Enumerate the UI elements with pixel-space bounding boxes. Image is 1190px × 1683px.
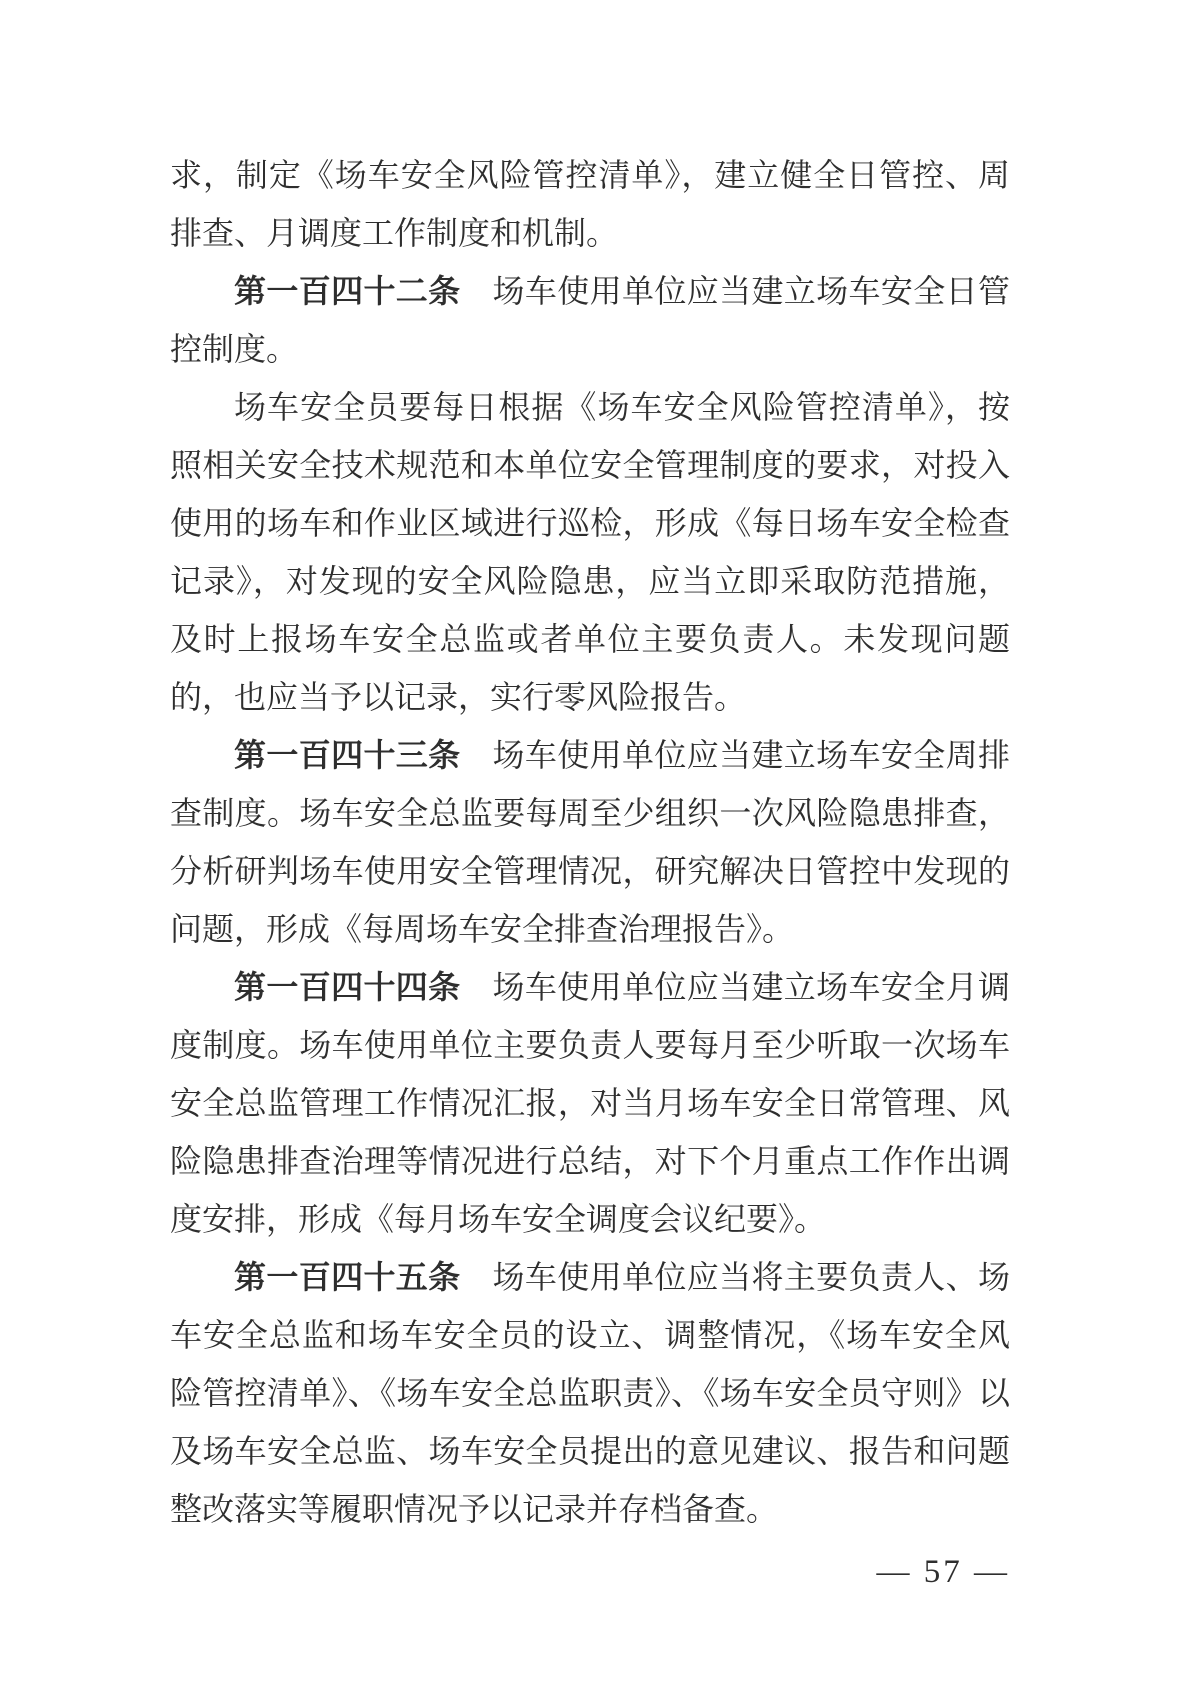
page-number: — 57 — bbox=[877, 1552, 1011, 1592]
article-145-paragraph: 第一百四十五条场车使用单位应当将主要负责人、场车安全总监和场车安全员的设立、调整… bbox=[170, 1248, 1010, 1538]
article-142-paragraph: 第一百四十二条场车使用单位应当建立场车安全日管控制度。 bbox=[170, 262, 1010, 378]
article-144-text: 场车使用单位应当建立场车安全月调度制度。场车使用单位主要负责人要每月至少听取一次… bbox=[170, 969, 1010, 1237]
paragraph-text: 场车安全员要每日根据《场车安全风险管控清单》，按照相关安全技术规范和本单位安全管… bbox=[170, 389, 1010, 715]
article-144-number: 第一百四十四条 bbox=[234, 969, 461, 1005]
article-145-text: 场车使用单位应当将主要负责人、场车安全总监和场车安全员的设立、调整情况，《场车安… bbox=[170, 1259, 1010, 1527]
document-page: 求，制定《场车安全风险管控清单》，建立健全日管控、周排查、月调度工作制度和机制。… bbox=[0, 0, 1190, 1683]
article-142-number: 第一百四十二条 bbox=[234, 273, 461, 309]
body-paragraph-daily-control: 场车安全员要每日根据《场车安全风险管控清单》，按照相关安全技术规范和本单位安全管… bbox=[170, 378, 1010, 726]
article-143-paragraph: 第一百四十三条场车使用单位应当建立场车安全周排查制度。场车安全总监要每周至少组织… bbox=[170, 726, 1010, 958]
text-block: 求，制定《场车安全风险管控清单》，建立健全日管控、周排查、月调度工作制度和机制。… bbox=[170, 146, 1010, 1538]
paragraph-text: 求，制定《场车安全风险管控清单》，建立健全日管控、周排查、月调度工作制度和机制。 bbox=[170, 157, 1010, 251]
article-145-number: 第一百四十五条 bbox=[234, 1259, 461, 1295]
paragraph-continuation: 求，制定《场车安全风险管控清单》，建立健全日管控、周排查、月调度工作制度和机制。 bbox=[170, 146, 1010, 262]
article-144-paragraph: 第一百四十四条场车使用单位应当建立场车安全月调度制度。场车使用单位主要负责人要每… bbox=[170, 958, 1010, 1248]
article-143-number: 第一百四十三条 bbox=[234, 737, 461, 773]
